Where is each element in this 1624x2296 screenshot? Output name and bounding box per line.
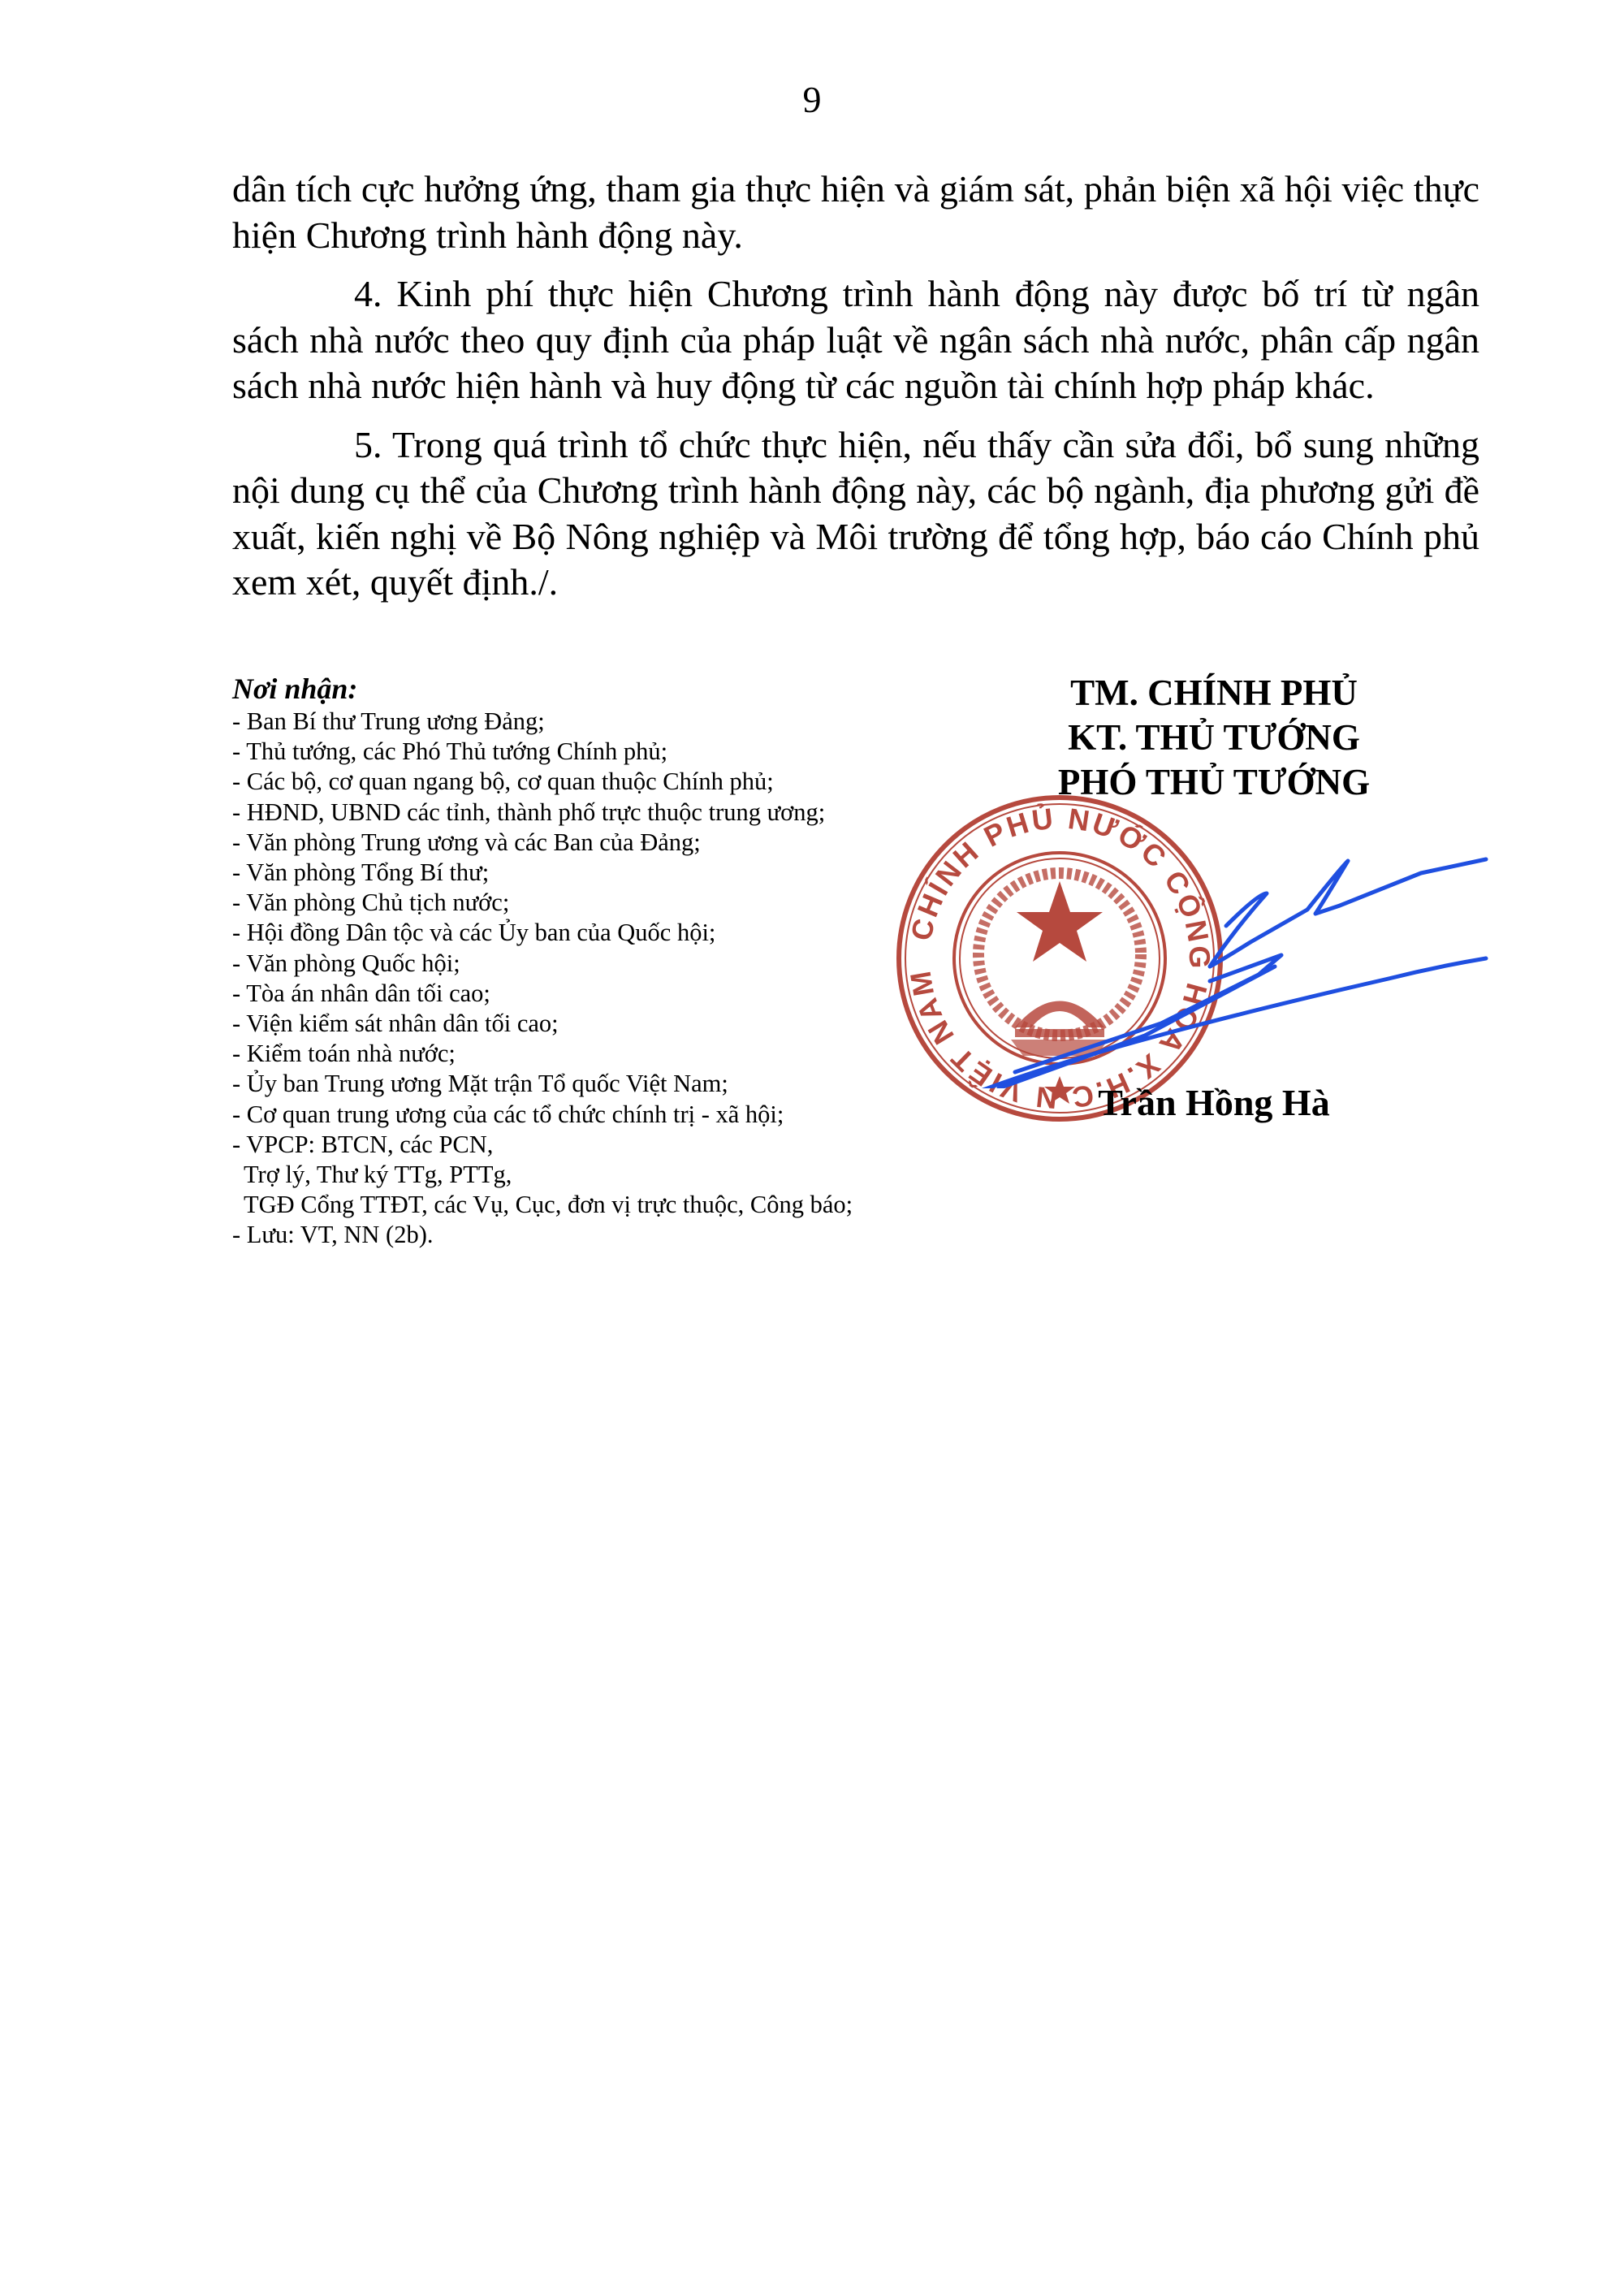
recipient-item: - VPCP: BTCN, các PCN,: [232, 1130, 963, 1160]
signature-title-line: KT. THỦ TƯỚNG: [950, 716, 1478, 760]
recipient-item: - Thủ tướng, các Phó Thủ tướng Chính phủ…: [232, 737, 963, 767]
signature-title-line: PHÓ THỦ TƯỚNG: [950, 760, 1478, 805]
signature-title-line: TM. CHÍNH PHỦ: [950, 671, 1478, 716]
recipient-item: - HĐND, UBND các tỉnh, thành phố trực th…: [232, 798, 963, 828]
recipient-item: - Tòa án nhân dân tối cao;: [232, 979, 963, 1009]
recipient-item: - Văn phòng Tổng Bí thư;: [232, 858, 963, 888]
recipient-item-continuation: TGĐ Cổng TTĐT, các Vụ, Cục, đơn vị trực …: [232, 1190, 963, 1220]
recipient-item: - Ban Bí thư Trung ương Đảng;: [232, 707, 963, 737]
recipients-heading: Nơi nhận:: [232, 671, 963, 707]
recipients-block: Nơi nhận: - Ban Bí thư Trung ương Đảng; …: [232, 671, 963, 1251]
signer-name: Trần Hồng Hà: [950, 1080, 1478, 1126]
paragraph-4-funding: 4. Kinh phí thực hiện Chương trình hành …: [232, 271, 1479, 409]
recipient-item: - Ủy ban Trung ương Mặt trận Tổ quốc Việ…: [232, 1069, 963, 1099]
signature-block: TM. CHÍNH PHỦ KT. THỦ TƯỚNG PHÓ THỦ TƯỚN…: [950, 671, 1478, 805]
recipient-item: - Các bộ, cơ quan ngang bộ, cơ quan thuộ…: [232, 767, 963, 797]
recipient-item: - Văn phòng Trung ương và các Ban của Đả…: [232, 828, 963, 858]
paragraph-5-amendment: 5. Trong quá trình tổ chức thực hiện, nế…: [232, 422, 1479, 606]
recipient-item: - Hội đồng Dân tộc và các Ủy ban của Quố…: [232, 918, 963, 948]
body-text: dân tích cực hưởng ứng, tham gia thực hi…: [232, 166, 1479, 619]
recipient-item-continuation: Trợ lý, Thư ký TTg, PTTg,: [232, 1160, 963, 1190]
recipient-item: - Văn phòng Quốc hội;: [232, 949, 963, 979]
handwritten-signature-icon: [966, 845, 1494, 1088]
paragraph-continuation: dân tích cực hưởng ứng, tham gia thực hi…: [232, 166, 1479, 258]
recipient-item: - Lưu: VT, NN (2b).: [232, 1220, 963, 1250]
recipient-item: - Cơ quan trung ương của các tổ chức chí…: [232, 1100, 963, 1130]
recipient-item: - Kiểm toán nhà nước;: [232, 1039, 963, 1069]
recipient-item: - Văn phòng Chủ tịch nước;: [232, 888, 963, 918]
recipient-item: - Viện kiểm sát nhân dân tối cao;: [232, 1009, 963, 1039]
recipients-list: - Ban Bí thư Trung ương Đảng; - Thủ tướn…: [232, 707, 963, 1251]
page-number: 9: [0, 78, 1624, 122]
